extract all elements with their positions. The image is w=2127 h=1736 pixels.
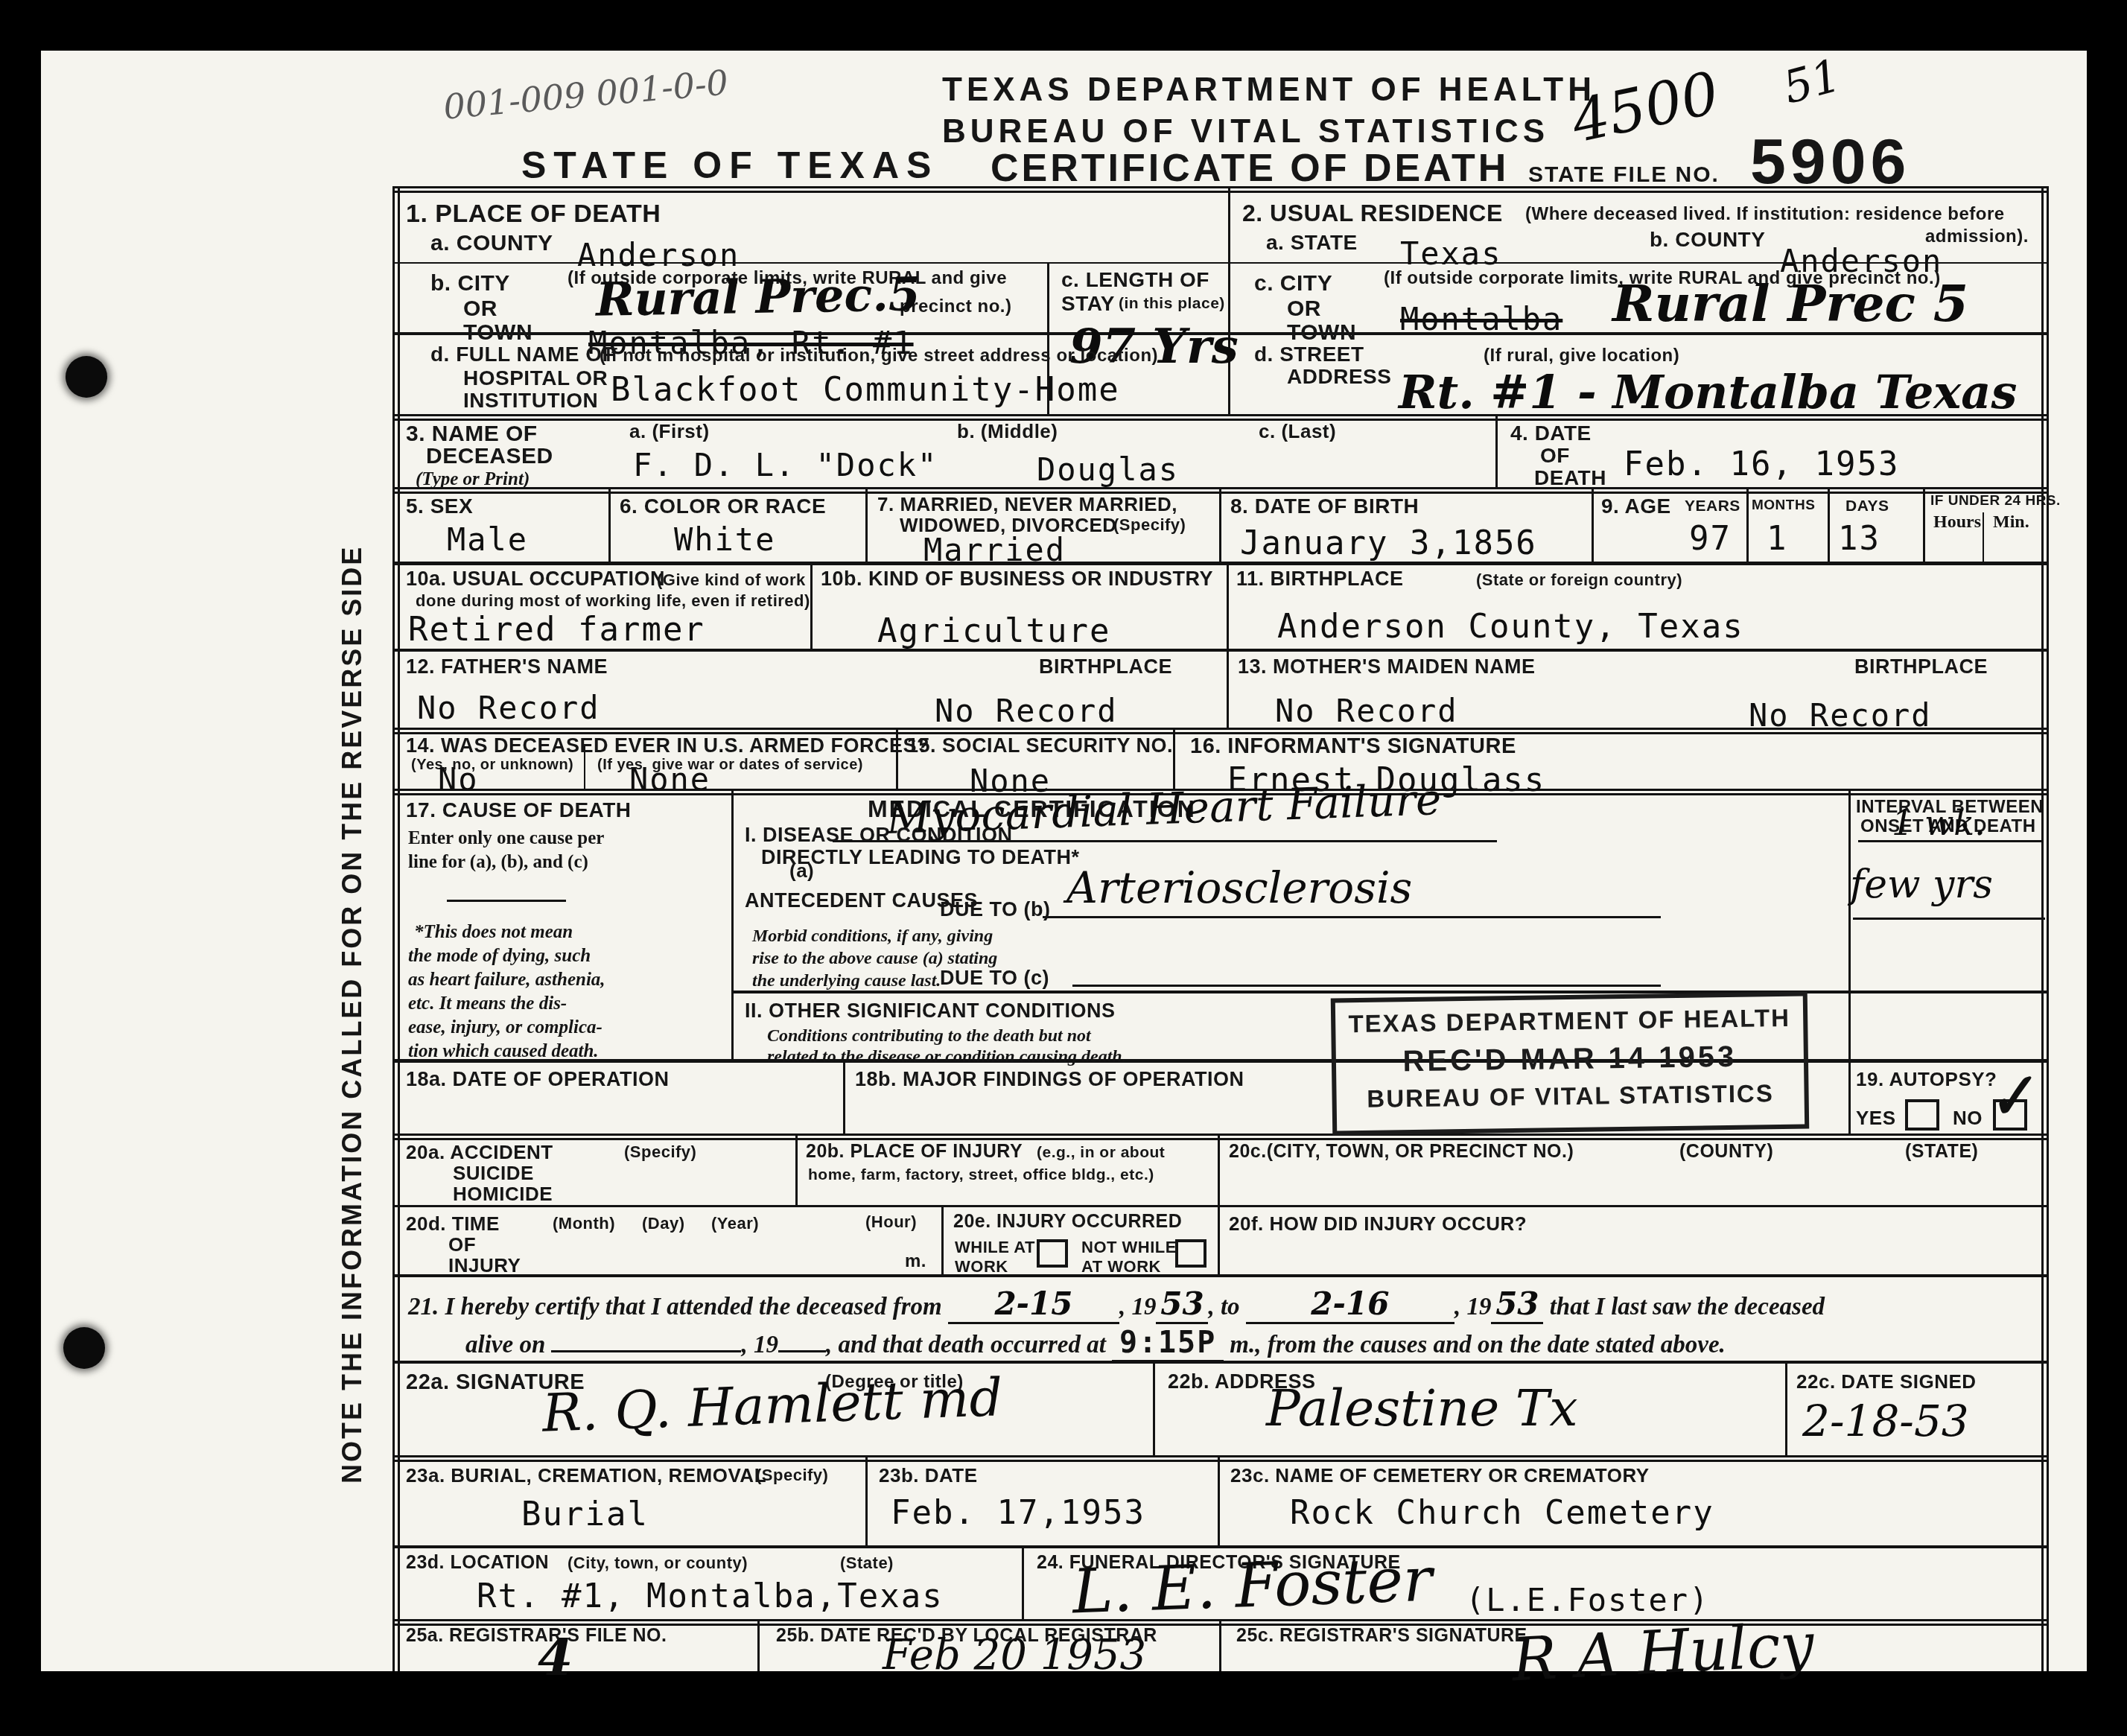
divider xyxy=(1848,1059,1851,1134)
interval-a-value: 1 wk. xyxy=(1892,803,1985,843)
field-23c-value: Rock Church Cemetery xyxy=(1290,1494,1714,1532)
field-1c-label: STAY xyxy=(1061,292,1115,316)
field-20c-label: 20c.(CITY, TOWN, OR PRECINCT NO.) xyxy=(1229,1141,1574,1163)
field-4-value: Feb. 16, 1953 xyxy=(1624,445,1899,483)
field-23a-value: Burial xyxy=(521,1495,649,1533)
field-20a-label: SUICIDE xyxy=(453,1162,534,1185)
alive-year-blank xyxy=(778,1350,826,1352)
alive-on-blank xyxy=(551,1350,741,1352)
divider xyxy=(395,487,2048,494)
field-23a-hint: (Specify) xyxy=(756,1466,828,1485)
field-20c-state-label: (STATE) xyxy=(1905,1141,1978,1163)
autopsy-yes-label: YES xyxy=(1856,1107,1896,1130)
field-20d-month-label: (Month) xyxy=(553,1214,615,1233)
field-2d-label: d. STREET xyxy=(1254,343,1364,366)
divider xyxy=(608,487,611,562)
field-9-days-value: 13 xyxy=(1838,520,1880,558)
field-10a-label: 10a. USUAL OCCUPATION xyxy=(406,567,665,591)
divider xyxy=(731,789,734,1059)
field-1c-label: c. LENGTH OF xyxy=(1061,268,1209,292)
divider xyxy=(941,1205,944,1274)
field-17-note: Enter only one cause per xyxy=(408,828,604,849)
field-13-label: 13. MOTHER'S MAIDEN NAME xyxy=(1238,655,1535,678)
divider xyxy=(1592,487,1594,562)
reverse-side-note: NOTE THE INFORMATION CALLED FOR ON THE R… xyxy=(337,545,368,1484)
certification-statement-line1: 21. I hereby certify that I attended the… xyxy=(408,1285,1825,1324)
field-20b-hint: (e.g., in or about xyxy=(1037,1144,1165,1162)
divider xyxy=(1022,1545,1024,1619)
cause-of-death-b-value: Arteriosclerosis xyxy=(1066,862,1412,913)
divider xyxy=(810,562,813,649)
field-20d-year-label: (Year) xyxy=(711,1214,759,1233)
morbid-conditions-note: rise to the above cause (a) stating xyxy=(752,949,997,969)
divider xyxy=(395,562,2048,565)
attended-from-blank: 2-15 xyxy=(948,1285,1119,1324)
field-11-value: Anderson County, Texas xyxy=(1277,608,1744,646)
field-12-label: 12. FATHER'S NAME xyxy=(406,655,608,678)
field-25a-label: 25a. REGISTRAR'S FILE NO. xyxy=(406,1625,667,1647)
divider xyxy=(1746,487,1749,562)
divider xyxy=(1828,487,1830,562)
to-year-blank: 53 xyxy=(1491,1285,1543,1324)
divider xyxy=(1219,487,1221,562)
field-9-min-label: Min. xyxy=(1993,512,2029,532)
field-20a-hint: (Specify) xyxy=(624,1142,696,1162)
punch-hole xyxy=(66,356,107,398)
field-9-months-label: MONTHS xyxy=(1752,497,1815,514)
field-10a-hint: (Give kind of work xyxy=(657,570,806,590)
divider xyxy=(1153,1361,1155,1455)
field-23d-hint: (City, town, or county) xyxy=(567,1554,748,1573)
divider xyxy=(1923,487,1925,562)
field-1b-handwritten-value: Rural Prec.5 xyxy=(595,267,921,327)
from-year-value: 53 xyxy=(1160,1285,1204,1322)
divider xyxy=(1218,1455,1220,1545)
divider xyxy=(395,1455,2048,1462)
interval-line-b xyxy=(1853,918,2045,920)
field-20d-label: INJURY xyxy=(448,1254,521,1277)
registrar-signature: R A Hulcy xyxy=(1510,1609,1816,1694)
funeral-director-typed-name: (L.E.Foster) xyxy=(1466,1582,1709,1618)
field-20c-county-label: (COUNTY) xyxy=(1679,1141,1773,1163)
physician-address: Palestine Tx xyxy=(1266,1379,1578,1438)
field-1b-label: OR xyxy=(463,296,497,322)
field-17-note: *This does not mean xyxy=(414,922,573,943)
field-10b-value: Agriculture xyxy=(877,612,1110,650)
death-certificate-scan: NOTE THE INFORMATION CALLED FOR ON THE R… xyxy=(0,0,2127,1736)
field-3c-label: c. (Last) xyxy=(1259,420,1336,443)
field-1d-hint: (If not in hospital or institution, give… xyxy=(600,346,1158,366)
field-3b-label: b. (Middle) xyxy=(957,420,1058,443)
field-20d-m-label: m. xyxy=(905,1251,926,1272)
certification-text: alive on xyxy=(465,1332,545,1358)
form-left-border xyxy=(392,186,400,1671)
agency-line-2: BUREAU OF VITAL STATISTICS xyxy=(942,113,1545,150)
field-11-hint: (State or foreign country) xyxy=(1476,570,1682,590)
field-17-note: the mode of dying, such xyxy=(408,946,591,967)
field-7-label: 7. MARRIED, NEVER MARRIED, xyxy=(877,493,1177,516)
field-4-label: 4. DATE xyxy=(1510,422,1592,445)
divider xyxy=(1848,789,1851,1059)
state-of-texas: STATE OF TEXAS xyxy=(521,144,938,187)
field-17-label: 17. CAUSE OF DEATH xyxy=(406,798,632,822)
field-9-months-value: 1 xyxy=(1767,520,1788,558)
divider xyxy=(843,1059,845,1134)
field-14-service-value: None xyxy=(629,761,710,798)
field-9-hours-label: Hours xyxy=(1933,512,1981,532)
morbid-conditions-note: the underlying cause last. xyxy=(752,971,941,991)
field-3-title: DECEASED xyxy=(426,444,553,469)
field-2c-struck-value: Montalba xyxy=(1400,301,1562,337)
field-23d-value: Rt. #1, Montalba,Texas xyxy=(477,1577,944,1615)
field-1b-label: b. CITY xyxy=(430,271,510,296)
certification-text: , and that death occurred at xyxy=(826,1332,1106,1358)
field-17-note: line for (a), (b), and (c) xyxy=(408,852,588,873)
while-at-work-checkbox xyxy=(1037,1239,1068,1268)
field-18b-label: 18b. MAJOR FINDINGS OF OPERATION xyxy=(855,1068,1244,1091)
field-1b-label: TOWN xyxy=(463,320,532,346)
field-2-title: 2. USUAL RESIDENCE xyxy=(1242,200,1503,227)
field-23b-label: 23b. DATE xyxy=(879,1464,978,1487)
field-1c-hint: (in this place) xyxy=(1119,295,1225,313)
field-13-birthplace-value: No Record xyxy=(1749,697,1932,734)
to-year-value: 53 xyxy=(1495,1285,1539,1322)
autopsy-yes-checkbox xyxy=(1905,1099,1939,1131)
field-2b-label: b. COUNTY xyxy=(1650,228,1765,252)
entry-line-c xyxy=(1072,985,1661,987)
other-significant-conditions-note: Conditions contributing to the death but… xyxy=(767,1026,1091,1046)
from-year-blank: 53 xyxy=(1156,1285,1208,1324)
punch-hole xyxy=(63,1327,105,1369)
divider xyxy=(795,1134,798,1205)
due-to-b-label: DUE TO (b) xyxy=(940,898,1051,921)
field-8-label: 8. DATE OF BIRTH xyxy=(1230,495,1419,518)
other-significant-conditions-label: II. OTHER SIGNIFICANT CONDITIONS xyxy=(745,999,1116,1023)
divider xyxy=(395,1274,2048,1277)
divider xyxy=(395,1205,2048,1207)
certification-text: m., from the causes and on the date stat… xyxy=(1230,1332,1725,1358)
field-14-value: No xyxy=(438,761,479,798)
certification-text: that I last saw the deceased xyxy=(1550,1294,1825,1320)
field-20b-hint: home, farm, factory, street, office bldg… xyxy=(808,1166,1154,1184)
stamp-date-line: REC'D MAR 14 1953 xyxy=(1336,1040,1805,1080)
field-20d-label: 20d. TIME xyxy=(406,1212,500,1236)
field-16-label: 16. INFORMANT'S SIGNATURE xyxy=(1190,734,1516,759)
field-9-label: 9. AGE xyxy=(1601,495,1671,518)
field-20d-label: OF xyxy=(448,1233,476,1256)
field-13-birthplace-label: BIRTHPLACE xyxy=(1854,655,1988,678)
field-23b-value: Feb. 17,1953 xyxy=(891,1494,1145,1532)
field-20e-notwhile-label: NOT WHILE xyxy=(1081,1238,1177,1257)
received-stamp: TEXAS DEPARTMENT OF HEALTH REC'D MAR 14 … xyxy=(1331,992,1810,1136)
field-20e-label: 20e. INJURY OCCURRED xyxy=(953,1211,1182,1233)
disease-condition-a: (a) xyxy=(789,859,814,883)
field-12-birthplace-label: BIRTHPLACE xyxy=(1039,655,1172,678)
field-14-hint: (Yes, no, or unknown) xyxy=(411,757,573,774)
divider xyxy=(1228,186,1230,414)
divider xyxy=(1227,562,1229,728)
field-20e-whileatwork-label: WHILE AT xyxy=(955,1238,1035,1257)
field-2-hint: (Where deceased lived. If institution: r… xyxy=(1525,204,2005,225)
field-12-birthplace-value: No Record xyxy=(935,693,1118,729)
field-3-first-name: F. D. L. "Dock" xyxy=(633,447,938,483)
field-20a-label: 20a. ACCIDENT xyxy=(406,1141,553,1164)
field-25c-label: 25c. REGISTRAR'S SIGNATURE xyxy=(1236,1625,1527,1647)
divider xyxy=(395,649,2048,652)
field-2c-handwritten-value: Rural Prec 5 xyxy=(1612,274,1968,334)
death-time-blank: 9:15P xyxy=(1112,1326,1224,1362)
registrar-file-no-value: 4 xyxy=(538,1628,573,1688)
field-10a-value: Retired farmer xyxy=(408,611,705,649)
field-18a-label: 18a. DATE OF OPERATION xyxy=(406,1068,670,1091)
field-17-note: etc. It means the dis- xyxy=(408,993,567,1014)
other-significant-conditions-note: related to the disease or condition caus… xyxy=(767,1047,1127,1067)
field-23c-label: 23c. NAME OF CEMETERY OR CREMATORY xyxy=(1230,1464,1650,1487)
state-file-no-label: STATE FILE NO. xyxy=(1528,162,1720,188)
field-22c-label: 22c. DATE SIGNED xyxy=(1796,1370,1977,1393)
field-12-value: No Record xyxy=(417,690,600,726)
field-3-last-name: Douglas xyxy=(1037,451,1179,488)
field-20f-label: 20f. HOW DID INJURY OCCUR? xyxy=(1229,1212,1527,1236)
field-5-value: Male xyxy=(447,521,528,558)
field-17-note: ease, injury, or complica- xyxy=(408,1017,603,1038)
field-17-note: tion which caused death. xyxy=(408,1041,599,1062)
field-7-value: Married xyxy=(923,532,1066,568)
field-4-label: OF xyxy=(1540,444,1570,468)
certification-statement-line2: alive on , 19, and that death occurred a… xyxy=(465,1326,1726,1362)
divider xyxy=(395,186,2048,193)
field-3-hint: (Type or Print) xyxy=(416,469,530,490)
field-20e-whileatwork-label: WORK xyxy=(955,1257,1008,1276)
certification-text: , 19 xyxy=(1454,1294,1492,1320)
field-2d-hint: (If rural, give location) xyxy=(1484,346,1679,366)
field-2d-value: Rt. #1 - Montalba Texas xyxy=(1399,365,2017,419)
stamp-line: TEXAS DEPARTMENT OF HEALTH xyxy=(1335,1004,1803,1039)
field-20d-hour-label: (Hour) xyxy=(865,1212,917,1232)
field-2a-value: Texas xyxy=(1400,235,1501,272)
due-to-c-label: DUE TO (c) xyxy=(940,967,1049,990)
field-2c-label: TOWN xyxy=(1287,320,1356,346)
field-6-value: White xyxy=(674,521,775,558)
field-14-label: 14. WAS DECEASED EVER IN U.S. ARMED FORC… xyxy=(406,734,929,757)
field-15-label: 15. SOCIAL SECURITY NO. xyxy=(907,734,1173,757)
field-3a-label: a. (First) xyxy=(629,420,710,443)
divider xyxy=(1219,1619,1221,1671)
field-20a-label: HOMICIDE xyxy=(453,1183,553,1206)
field-20d-day-label: (Day) xyxy=(642,1214,685,1233)
field-20b-label: 20b. PLACE OF INJURY xyxy=(806,1141,1023,1163)
field-20e-notwhile-label: AT WORK xyxy=(1081,1257,1161,1276)
field-2a-label: a. STATE xyxy=(1266,231,1358,255)
divider xyxy=(1218,1134,1220,1274)
field-3-title: 3. NAME OF xyxy=(406,422,538,447)
entry-line-b xyxy=(1043,916,1661,918)
field-1d-label: HOSPITAL OR xyxy=(463,366,608,390)
form-right-border xyxy=(2041,186,2049,1671)
field-8-value: January 3,1856 xyxy=(1240,524,1537,562)
field-5-label: 5. SEX xyxy=(406,495,473,518)
divider xyxy=(395,1545,2048,1548)
death-time-value: 9:15P xyxy=(1119,1326,1216,1360)
field-11-label: 11. BIRTHPLACE xyxy=(1236,567,1404,591)
field-23d-state-hint: (State) xyxy=(840,1554,894,1573)
autopsy-no-label: NO xyxy=(1953,1107,1983,1130)
agency-line-1: TEXAS DEPARTMENT OF HEALTH xyxy=(942,71,1545,109)
field-10b-label: 10b. KIND OF BUSINESS OR INDUSTRY xyxy=(821,567,1213,591)
field-4-label: DEATH xyxy=(1534,466,1606,490)
field-1a-label: a. COUNTY xyxy=(430,231,553,256)
field-1d-value: Blackfoot Community-Home xyxy=(611,371,1120,409)
divider xyxy=(865,487,868,562)
field-1-title: 1. PLACE OF DEATH xyxy=(406,200,661,229)
field-10a-hint: done during most of working life, even i… xyxy=(416,591,810,611)
field-6-label: 6. COLOR OR RACE xyxy=(620,495,826,518)
field-17-note: as heart failure, asthenia, xyxy=(408,970,605,991)
field-2d-label: ADDRESS xyxy=(1287,365,1391,389)
field-23d-label: 23d. LOCATION xyxy=(406,1552,549,1574)
attended-from-value: 2-15 xyxy=(994,1285,1072,1322)
date-signed-value: 2-18-53 xyxy=(1802,1396,1969,1446)
divider xyxy=(1983,512,1984,562)
field-9-years-label: YEARS xyxy=(1685,497,1740,515)
certification-text: , to xyxy=(1208,1294,1239,1320)
field-23a-label: 23a. BURIAL, CREMATION, REMOVAL xyxy=(406,1464,766,1487)
divider xyxy=(1495,414,1498,487)
divider xyxy=(757,1619,760,1671)
interval-b-value: few yrs xyxy=(1850,862,1993,907)
funeral-director-signature: L. E. Foster xyxy=(1071,1545,1433,1628)
certificate-title: CERTIFICATE OF DEATH xyxy=(991,146,1509,191)
certification-text: , 19 xyxy=(741,1332,778,1358)
field-9-under24-label: IF UNDER 24 HRS. xyxy=(1930,493,2061,509)
divider xyxy=(447,900,566,902)
divider xyxy=(865,1455,868,1545)
field-2c-label: c. CITY xyxy=(1254,271,1332,296)
certification-text: 21. I hereby certify that I attended the… xyxy=(408,1294,942,1320)
field-1d-label: d. FULL NAME OF xyxy=(430,343,615,366)
field-2c-label: OR xyxy=(1287,296,1321,322)
field-19-label: 19. AUTOPSY? xyxy=(1856,1068,1997,1091)
field-1d-label: INSTITUTION xyxy=(463,389,598,413)
field-9-days-label: DAYS xyxy=(1845,497,1889,515)
date-recd-value: Feb 20 1953 xyxy=(883,1631,1146,1679)
divider xyxy=(1173,728,1175,789)
attended-to-value: 2-16 xyxy=(1311,1285,1389,1322)
divider xyxy=(1785,1361,1787,1455)
attended-to-blank: 2-16 xyxy=(1246,1285,1454,1324)
stamp-line: BUREAU OF VITAL STATISTICS xyxy=(1336,1079,1804,1114)
divider xyxy=(395,1134,2048,1140)
field-13-value: No Record xyxy=(1275,693,1458,729)
not-while-at-work-checkbox xyxy=(1175,1239,1206,1268)
field-7-hint: (Specify) xyxy=(1113,515,1186,535)
field-9-years-value: 97 xyxy=(1689,520,1732,558)
morbid-conditions-note: Morbid conditions, if any, giving xyxy=(752,926,993,947)
certification-text: , 19 xyxy=(1119,1294,1157,1320)
